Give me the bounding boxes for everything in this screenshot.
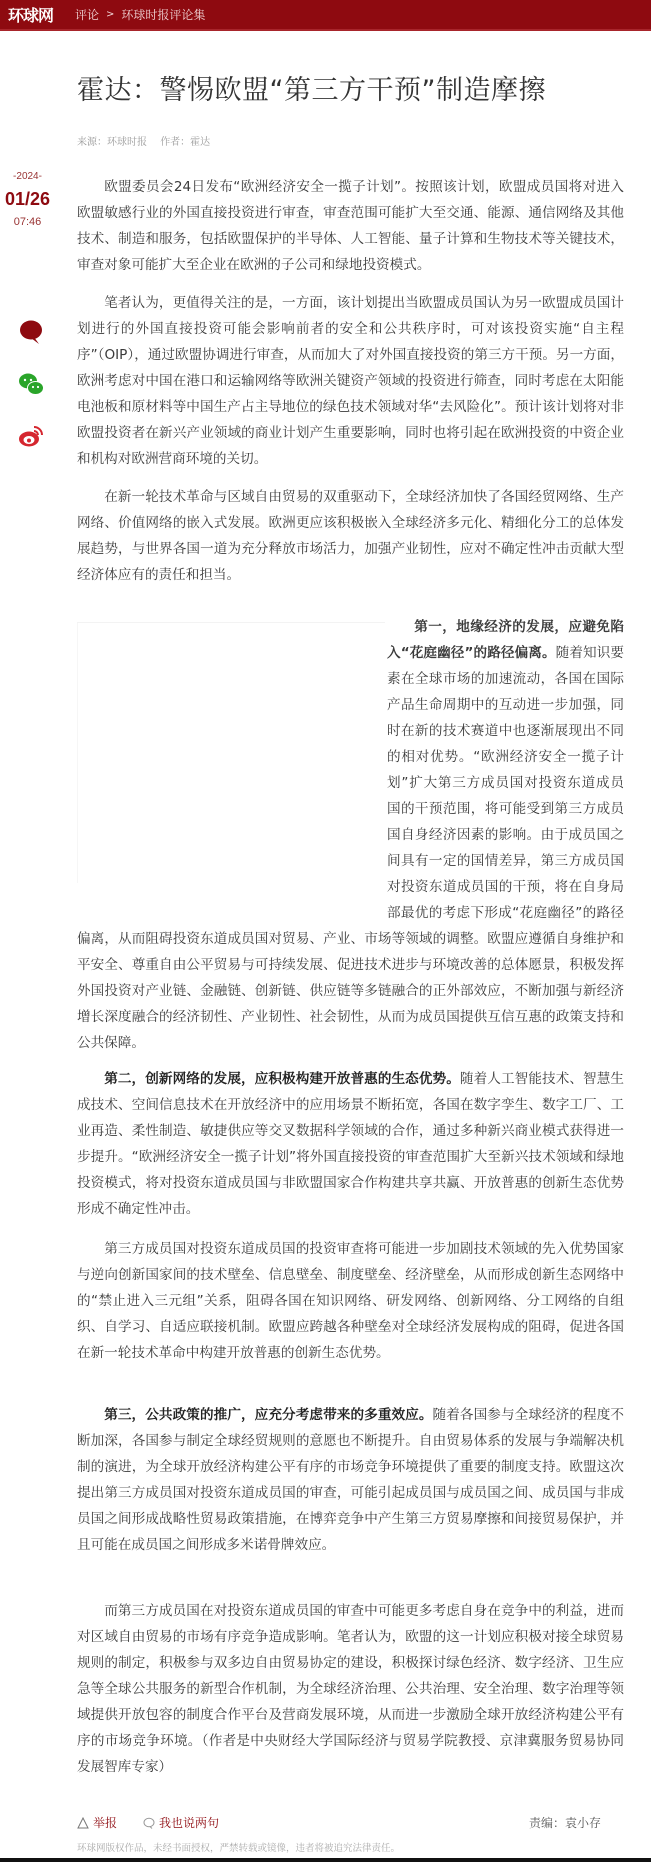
top-nav-bar: 环球网 评论 > 环球时报评论集 [0, 0, 651, 31]
article-body-2: 笔者认为，更值得关注的是，一方面，该计划提出当欧盟成员国认为另一欧盟成员国计划进… [77, 290, 624, 472]
breadcrumb-commentary-collection[interactable]: 环球时报评论集 [121, 6, 205, 23]
publish-date: -2024- 01/26 07:46 [0, 171, 55, 228]
article-actions: 举报 我也说两句 [77, 1814, 219, 1831]
publish-time: 07:46 [0, 216, 55, 228]
publish-month-day: 01/26 [0, 189, 55, 210]
wechat-share-button[interactable] [17, 370, 45, 398]
breadcrumb-separator: > [106, 9, 114, 20]
comment-share-button[interactable] [17, 318, 45, 346]
image-float-spacer [77, 614, 387, 926]
point-2-heading: 第二，创新网络的发展，应积极构建开放普惠的生态优势。 [104, 1071, 460, 1087]
point-1-paragraph: 第一，地缘经济的发展，应避免陷入“花庭幽径”的路径偏离。随着知识要素在全球市场的… [77, 614, 624, 1056]
closing-paragraph: 而第三方成员国在对投资东道成员国的审查中可能更多考虑自身在竞争中的利益，进而对区… [77, 1598, 624, 1780]
publish-year: -2024- [0, 171, 55, 182]
article-body-closing: 而第三方成员国在对投资东道成员国的审查中可能更多考虑自身在竞争中的利益，进而对区… [77, 1598, 624, 1780]
point-3-text: 随着各国参与全球经济的程度不断加深，各国参与制定全球经贸规则的意愿也不断提升。自… [77, 1407, 624, 1553]
bottom-border [0, 1858, 651, 1862]
comment-button[interactable]: 我也说两句 [143, 1814, 219, 1831]
point-3-paragraph: 第三，公共政策的推广，应充分考虑带来的多重效应。随着各国参与全球经济的程度不断加… [77, 1402, 624, 1558]
copyright-notice: 环球网版权作品，未经书面授权，严禁转载或镜像，违者将被追究法律责任。 [77, 1840, 400, 1854]
point-2-text: 随着人工智能技术、智慧生成技术、空间信息技术在开放经济中的应用场景不断拓宽，各国… [77, 1071, 624, 1217]
article-body-after-point-2: 第三方成员国对投资东道成员国的投资审查将可能进一步加剧技术领域的先入优势国家与逆… [77, 1236, 624, 1366]
responsible-editor: 责编：袁小存 [529, 1814, 601, 1831]
article-title: 霍达：警惕欧盟“第三方干预”制造摩擦 [77, 68, 546, 107]
breadcrumb-comment[interactable]: 评论 [75, 6, 99, 23]
paragraph-after-point-2: 第三方成员国对投资东道成员国的投资审查将可能进一步加剧技术领域的先入优势国家与逆… [77, 1236, 624, 1366]
paragraph-2: 笔者认为，更值得关注的是，一方面，该计划提出当欧盟成员国认为另一欧盟成员国计划进… [77, 290, 624, 472]
paragraph-3: 在新一轮技术革命与区域自由贸易的双重驱动下，全球经济加快了各国经贸网络、生产网络… [77, 484, 624, 588]
comment-icon [17, 318, 45, 346]
article-source: 来源：环球时报 [77, 137, 147, 148]
weibo-share-button[interactable] [17, 422, 45, 450]
report-label: 举报 [93, 1814, 117, 1831]
article-body-intro: 欧盟委员会24日发布“欧洲经济安全一揽子计划”。按照该计划，欧盟成员国将对进入欧… [77, 174, 624, 278]
site-logo[interactable]: 环球网 [8, 3, 53, 26]
article-body-3: 在新一轮技术革命与区域自由贸易的双重驱动下，全球经济加快了各国经贸网络、生产网络… [77, 484, 624, 588]
point-2-paragraph: 第二，创新网络的发展，应积极构建开放普惠的生态优势。随着人工智能技术、智慧生成技… [77, 1066, 624, 1222]
comment-label: 我也说两句 [159, 1814, 219, 1831]
weibo-icon [17, 422, 45, 450]
article-author: 作者：霍达 [160, 137, 210, 148]
paragraph-1: 欧盟委员会24日发布“欧洲经济安全一揽子计划”。按照该计划，欧盟成员国将对进入欧… [77, 174, 624, 278]
speech-bubble-icon [143, 1817, 155, 1829]
article-meta: 来源：环球时报 作者：霍达 [77, 133, 210, 148]
report-button[interactable]: 举报 [77, 1814, 117, 1831]
point-3-heading: 第三，公共政策的推广，应充分考虑带来的多重效应。 [104, 1407, 432, 1423]
warning-icon [77, 1817, 89, 1829]
wechat-icon [17, 370, 45, 398]
breadcrumb: 评论 > 环球时报评论集 [75, 6, 205, 23]
